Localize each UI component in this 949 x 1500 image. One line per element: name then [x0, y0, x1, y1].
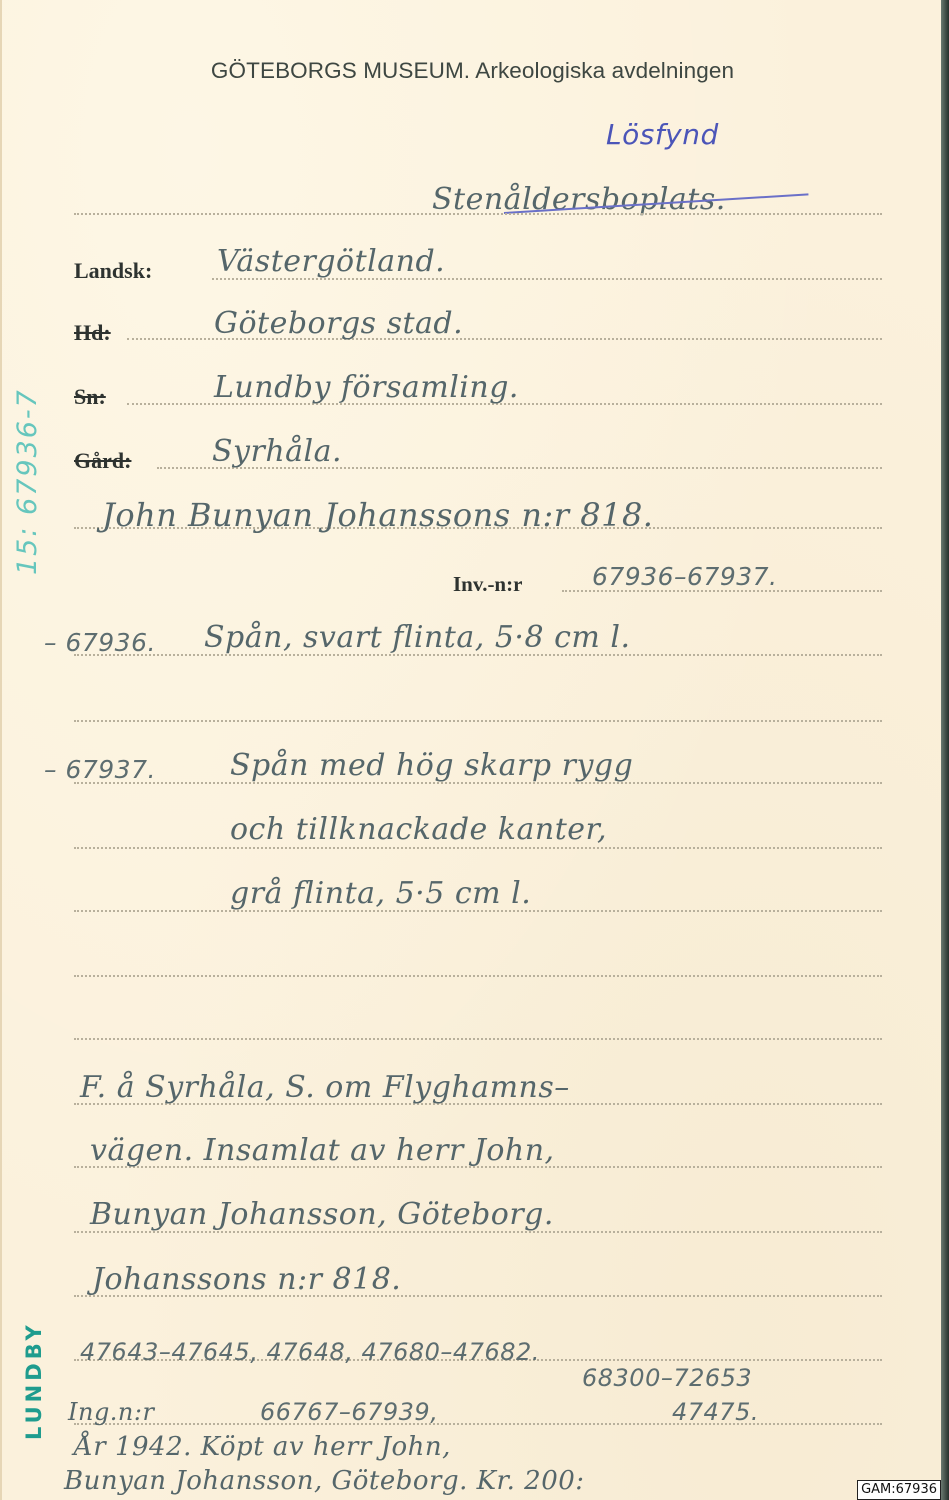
notes-line: Bunyan Johansson, Göteborg.: [90, 1197, 554, 1232]
related-numbers: 47643–47645, 47648, 47680–47682.: [80, 1338, 540, 1366]
field-value-landskap: Västergötland.: [217, 244, 445, 279]
card-edge: [941, 0, 949, 1500]
field-label-socken: Sn:: [74, 384, 106, 410]
field-label-gard: Gård:: [74, 448, 131, 474]
field-value-harad: Göteborgs stad.: [214, 306, 463, 341]
rule-line: [74, 720, 882, 722]
ingang-range: 66767–67939,: [260, 1398, 438, 1426]
find-type-original: Stenåldersboplats.: [432, 182, 726, 217]
field-value-gard: Syrhåla.: [212, 434, 342, 469]
item-description: Spån med hög skarp rygg: [230, 748, 633, 783]
notes-line: F. å Syrhåla, S. om Flyghamns–: [80, 1070, 570, 1105]
parish-stamp: LUNDBY: [22, 1321, 46, 1440]
find-type-added: Lösfynd: [606, 118, 719, 151]
field-label-landskap: Landsk:: [74, 258, 152, 284]
catalog-id-label: GAM:67936: [857, 1480, 941, 1500]
rule-line: [74, 213, 882, 215]
ingang-label: Ing.n:r: [68, 1398, 154, 1426]
notes-line: vägen. Insamlat av herr John,: [90, 1133, 555, 1168]
acquisition-line: År 1942. Köpt av herr John,: [74, 1432, 451, 1462]
inventory-label: Inv.-n:r: [453, 572, 522, 597]
inventory-value: 67936–67937.: [592, 562, 778, 591]
rule-line: [74, 975, 882, 977]
field-value-socken: Lundby församling.: [214, 370, 519, 405]
museum-header: GÖTEBORGS MUSEUM. Arkeologiska avdelning…: [2, 58, 943, 84]
item-number: – 67936.: [44, 628, 156, 657]
catalog-card: GÖTEBORGS MUSEUM. Arkeologiska avdelning…: [0, 0, 943, 1500]
related-numbers-2: 68300–72653: [582, 1364, 752, 1392]
item-number: – 67937.: [44, 755, 156, 784]
item-description: och tillknackade kanter,: [230, 812, 607, 847]
acquisition-line: Bunyan Johansson, Göteborg. Kr. 200:: [64, 1466, 585, 1496]
rule-line: [74, 847, 882, 849]
item-description: grå flinta, 5·5 cm l.: [230, 876, 531, 911]
margin-note: 15: 67936-7: [12, 388, 43, 575]
collection-line: John Bunyan Johanssons n:r 818.: [102, 496, 653, 534]
rule-line: [74, 1038, 882, 1040]
ingang-extra: 47475.: [672, 1398, 759, 1426]
field-label-harad: Hd:: [74, 320, 111, 346]
rule-line: [74, 1423, 882, 1425]
notes-line: Johanssons n:r 818.: [92, 1262, 401, 1297]
item-description: Spån, svart flinta, 5·8 cm l.: [204, 620, 631, 655]
